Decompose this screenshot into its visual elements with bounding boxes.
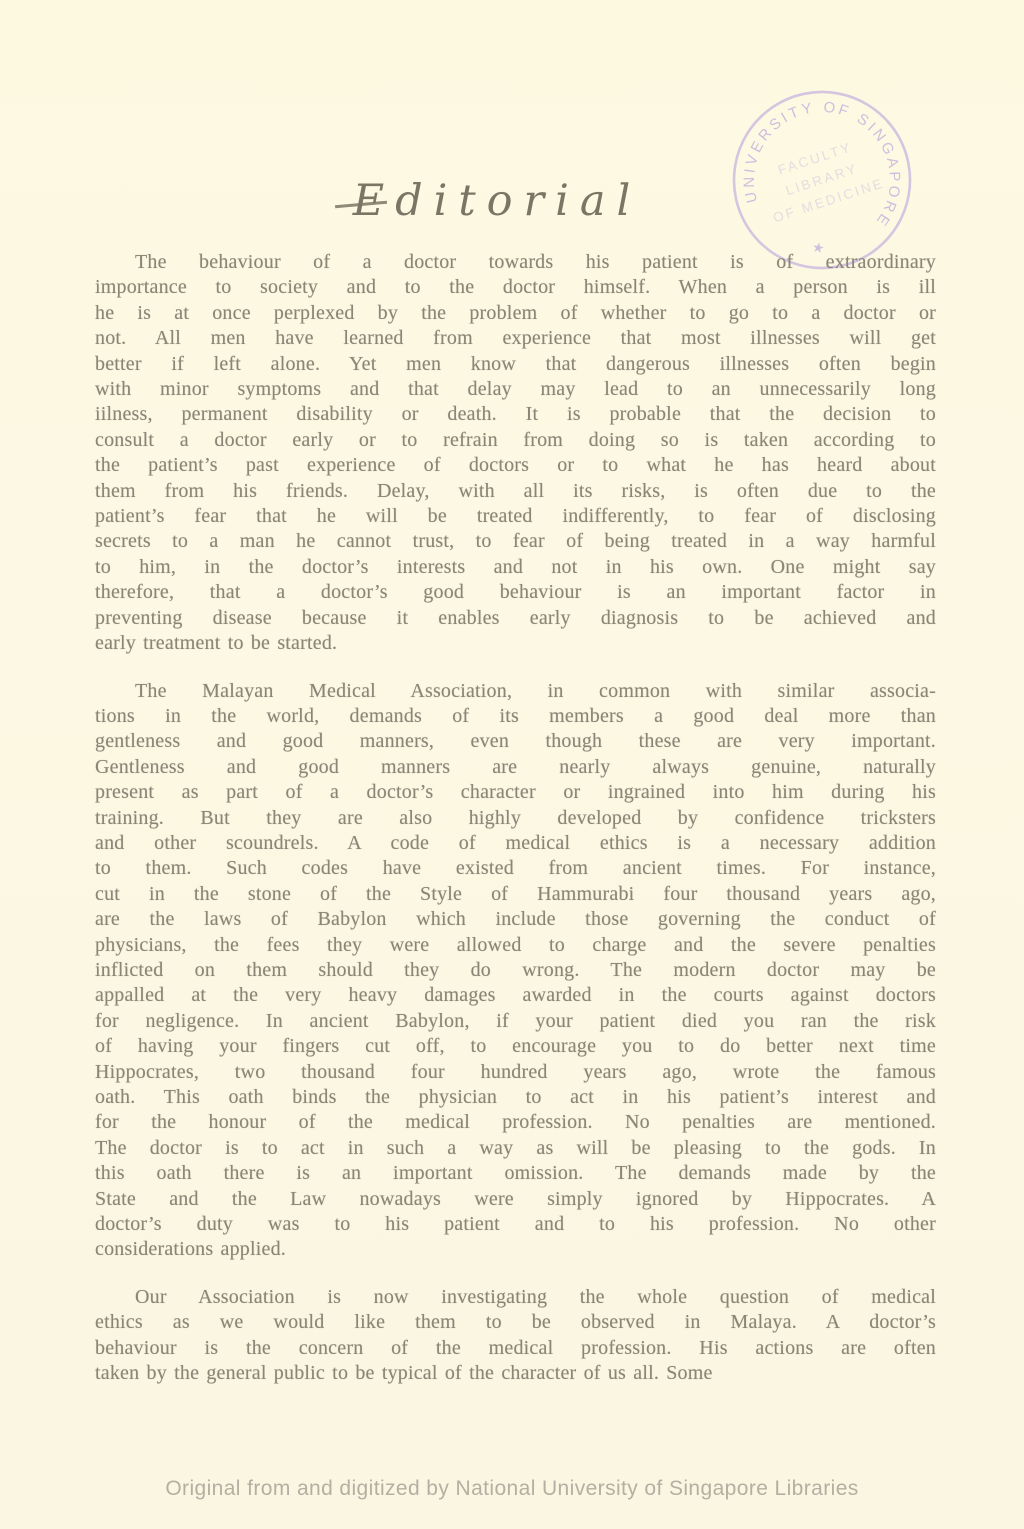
text-line: for the honour of the medical profession… [95, 1110, 936, 1135]
paragraph: The behaviour of a doctor towards his pa… [95, 250, 936, 657]
text-line: not. All men have learned from experienc… [95, 326, 936, 351]
text-line: Hippocrates, two thousand four hundred y… [95, 1060, 936, 1085]
page-title-text: Editorial [353, 176, 642, 226]
text-line: them from his friends. Delay, with all i… [95, 479, 936, 504]
article: The behaviour of a doctor towards his pa… [95, 250, 936, 1386]
text-line: ethics as we would like them to be obser… [95, 1310, 936, 1335]
text-line: patient’s fear that he will be treated i… [95, 504, 936, 529]
text-line: importance to society and to the doctor … [95, 275, 936, 300]
text-line: he is at once perplexed by the problem o… [95, 301, 936, 326]
text-line: The behaviour of a doctor towards his pa… [95, 250, 936, 275]
text-line: early treatment to be started. [95, 631, 936, 656]
text-line: and other scoundrels. A code of medical … [95, 831, 936, 856]
text-line: considerations applied. [95, 1237, 936, 1262]
text-line: oath. This oath binds the physician to a… [95, 1085, 936, 1110]
text-line: better if left alone. Yet men know that … [95, 352, 936, 377]
text-line: cut in the stone of the Style of Hammura… [95, 882, 936, 907]
text-line: for negligence. In ancient Babylon, if y… [95, 1009, 936, 1034]
paragraph: Our Association is now investigating the… [95, 1285, 936, 1387]
scanned-page: Editorial UNIVERSITY OF SINGAPORE FACULT… [0, 0, 1024, 1529]
text-line: with minor symptoms and that delay may l… [95, 377, 936, 402]
text-line: present as part of a doctor’s character … [95, 780, 936, 805]
text-line: training. But they are also highly devel… [95, 806, 936, 831]
text-line: Our Association is now investigating the… [95, 1285, 936, 1310]
text-line: gentleness and good manners, even though… [95, 729, 936, 754]
text-line: physicians, the fees they were allowed t… [95, 933, 936, 958]
text-line: The Malayan Medical Association, in comm… [95, 679, 936, 704]
text-line: taken by the general public to be typica… [95, 1361, 936, 1386]
text-line: inflicted on them should they do wrong. … [95, 958, 936, 983]
text-line: are the laws of Babylon which include th… [95, 907, 936, 932]
text-line: of having your fingers cut off, to encou… [95, 1034, 936, 1059]
text-line: tions in the world, demands of its membe… [95, 704, 936, 729]
library-stamp: UNIVERSITY OF SINGAPORE FACULTY LIBRARY … [726, 84, 918, 276]
text-line: State and the Law nowadays were simply i… [95, 1187, 936, 1212]
text-line: to him, in the doctor’s interests and no… [95, 555, 936, 580]
text-line: the patient’s past experience of doctors… [95, 453, 936, 478]
text-line: doctor’s duty was to his patient and to … [95, 1212, 936, 1237]
text-line: appalled at the very heavy damages award… [95, 983, 936, 1008]
text-line: to them. Such codes have existed from an… [95, 856, 936, 881]
text-line: behaviour is the concern of the medical … [95, 1336, 936, 1361]
paragraph: The Malayan Medical Association, in comm… [95, 679, 936, 1263]
text-line: The doctor is to act in such a way as wi… [95, 1136, 936, 1161]
digitization-credit: Original from and digitized by National … [0, 1477, 1024, 1501]
text-line: Gentleness and good manners are nearly a… [95, 755, 936, 780]
text-line: consult a doctor early or to refrain fro… [95, 428, 936, 453]
text-line: preventing disease because it enables ea… [95, 606, 936, 631]
text-line: secrets to a man he cannot trust, to fea… [95, 529, 936, 554]
text-line: iilness, permanent disability or death. … [95, 402, 936, 427]
text-line: this oath there is an important omission… [95, 1161, 936, 1186]
text-line: therefore, that a doctor’s good behaviou… [95, 580, 936, 605]
